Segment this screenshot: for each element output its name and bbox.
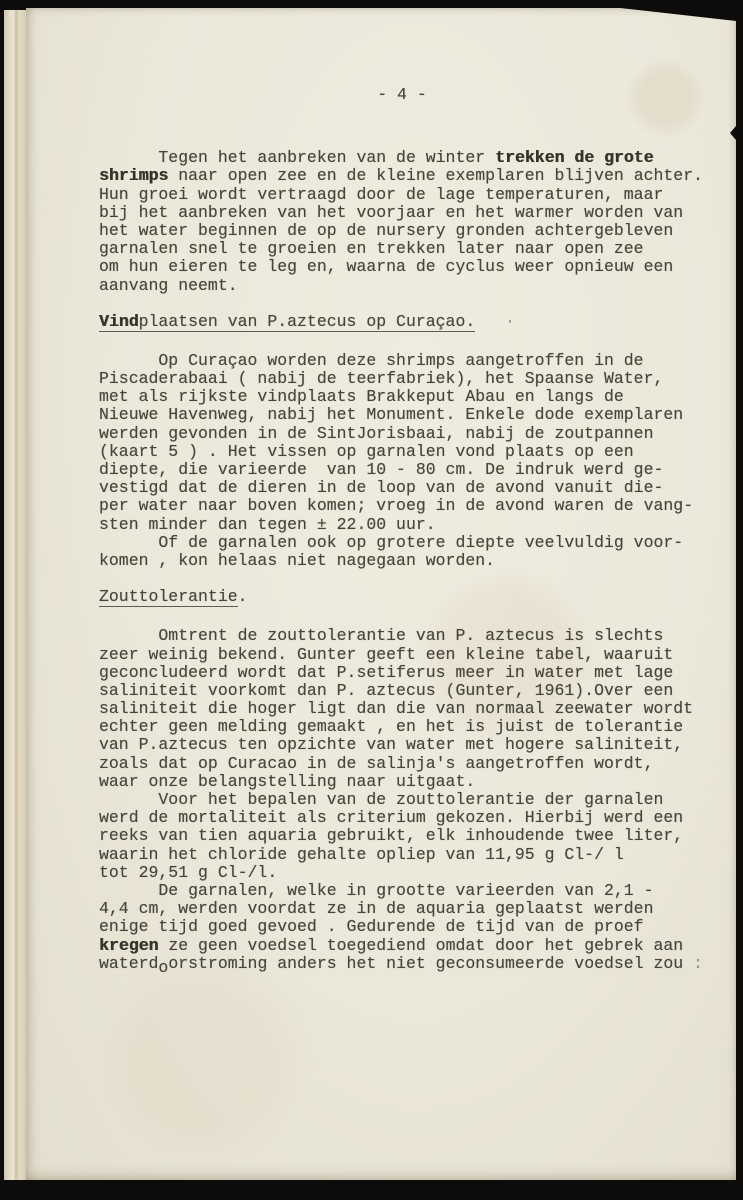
text-segment: van P.aztecus ten opzichte van water met… [99, 735, 683, 754]
text-segment: trekken de grote [495, 148, 653, 167]
text-segment: aanvang neemt. [99, 276, 238, 295]
text-segment: zeer weinig bekend. Gunter geeft een kle… [99, 645, 673, 664]
text-segment: kregen [99, 936, 158, 955]
text-segment: om hun eieren te leg en, waarna de cyclu… [99, 257, 673, 276]
paper-edge-notch [730, 126, 736, 140]
text-line: waterdoorstroming anders het niet gecons… [99, 955, 705, 973]
text-line: kregen ze geen voedsel toegediend omdat … [99, 937, 705, 955]
document-text: - 4 - Tegen het aanbreken van de winter … [99, 86, 705, 973]
text-line: Vindplaatsen van P.aztecus op Curaçao. · [99, 313, 705, 331]
text-segment: garnalen snel te groeien en trekken late… [99, 239, 644, 258]
paper-page: - 4 - Tegen het aanbreken van de winter … [26, 8, 736, 1180]
text-segment: met als rijkste vindplaats Brakkeput Aba… [99, 387, 624, 406]
text-line: tot 29,51 g Cl-/l. [99, 864, 705, 882]
text-line: werden gevonden in de SintJorisbaai, nab… [99, 425, 705, 443]
text-segment: . [238, 587, 248, 606]
text-segment: De garnalen, welke in grootte varieerden… [99, 881, 654, 900]
text-line: diepte, die varieerde van 10 - 80 cm. De… [99, 461, 705, 479]
text-line: geconcludeerd wordt dat P.setiferus meer… [99, 664, 705, 682]
text-line: echter geen melding gemaakt , en het is … [99, 718, 705, 736]
text-segment: naar open zee en de kleine exemplaren bl… [168, 166, 703, 185]
text-line: Nieuwe Havenweg, nabij het Monument. Enk… [99, 406, 705, 424]
text-segment: zoals dat op Curacao in de salinja's aan… [99, 754, 654, 773]
page-number: - 4 - [99, 86, 705, 104]
text-line: 4,4 cm, werden voordat ze in de aquaria … [99, 900, 705, 918]
text-line: zeer weinig bekend. Gunter geeft een kle… [99, 646, 705, 664]
text-segment: echter geen melding gemaakt , en het is … [99, 717, 683, 736]
text-segment: Piscaderabaai ( nabij de teerfabriek), h… [99, 369, 663, 388]
text-segment: per water naar boven komen; vroeg in de … [99, 496, 693, 515]
text-segment: Vind [99, 312, 139, 332]
text-line: garnalen snel te groeien en trekken late… [99, 240, 705, 258]
text-segment: komen , kon helaas niet nagegaan worden. [99, 551, 495, 570]
text-segment: o [158, 958, 168, 977]
text-segment: bij het aanbreken van het voorjaar en he… [99, 203, 683, 222]
text-segment: Hun groei wordt vertraagd door de lage t… [99, 185, 663, 204]
text-segment: · [475, 312, 515, 331]
text-line: saliniteit voorkomt dan P. aztecus (Gunt… [99, 682, 705, 700]
text-segment: Of de garnalen ook op grotere diepte vee… [99, 533, 683, 552]
text-line: om hun eieren te leg en, waarna de cyclu… [99, 258, 705, 276]
text-segment: 4,4 cm, werden voordat ze in de aquaria … [99, 899, 654, 918]
section-heading: Zouttolerantie. [99, 588, 705, 606]
text-line: reeks van tien aquaria gebruikt, elk inh… [99, 827, 705, 845]
text-segment: saliniteit voorkomt dan P. aztecus (Gunt… [99, 681, 673, 700]
text-segment: - 4 - [377, 85, 427, 104]
text-line: Omtrent de zouttolerantie van P. aztecus… [99, 627, 705, 645]
text-segment: Op Curaçao worden deze shrimps aangetrof… [99, 351, 644, 370]
book-page-edges [4, 10, 26, 1180]
text-segment: vestigd dat de dieren in de loop van de … [99, 478, 663, 497]
text-line: per water naar boven komen; vroeg in de … [99, 497, 705, 515]
text-line: Zouttolerantie. [99, 588, 705, 606]
text-segment: diepte, die varieerde van 10 - 80 cm. De… [99, 460, 663, 479]
section-heading: Vindplaatsen van P.aztecus op Curaçao. · [99, 313, 705, 331]
text-segment: waarin het chloride gehalte opliep van 1… [99, 845, 624, 864]
text-line: vestigd dat de dieren in de loop van de … [99, 479, 705, 497]
text-line: shrimps naar open zee en de kleine exemp… [99, 167, 705, 185]
text-line: enige tijd goed gevoed . Gedurende de ti… [99, 918, 705, 936]
text-segment: tot 29,51 g Cl-/l. [99, 863, 277, 882]
text-line: waar onze belangstelling naar uitgaat. [99, 773, 705, 791]
text-line: Op Curaçao worden deze shrimps aangetrof… [99, 352, 705, 370]
text-segment: Voor het bepalen van de zouttolerantie d… [99, 790, 663, 809]
text-segment: sten minder dan tegen ± 22.00 uur. [99, 515, 436, 534]
text-line: De garnalen, welke in grootte varieerden… [99, 882, 705, 900]
text-line: van P.aztecus ten opzichte van water met… [99, 736, 705, 754]
text-line: - 4 - [99, 86, 705, 104]
text-line: waarin het chloride gehalte opliep van 1… [99, 846, 705, 864]
text-line: zoals dat op Curacao in de salinja's aan… [99, 755, 705, 773]
text-segment: plaatsen van P.aztecus op Curaçao. [139, 312, 476, 332]
scanned-book-page: - 4 - Tegen het aanbreken van de winter … [0, 0, 743, 1200]
text-segment: Nieuwe Havenweg, nabij het Monument. Enk… [99, 405, 683, 424]
text-segment: saliniteit die hoger ligt dan die van no… [99, 699, 693, 718]
text-line: het water beginnen de op de nursery gron… [99, 222, 705, 240]
text-line: Hun groei wordt vertraagd door de lage t… [99, 186, 705, 204]
text-line: sten minder dan tegen ± 22.00 uur. [99, 516, 705, 534]
text-line: werd de mortaliteit als criterium gekoze… [99, 809, 705, 827]
text-line: saliniteit die hoger ligt dan die van no… [99, 700, 705, 718]
text-segment: : [683, 954, 703, 973]
text-segment: waterd [99, 954, 158, 973]
paragraph: Op Curaçao worden deze shrimps aangetrof… [99, 352, 705, 570]
text-segment: waar onze belangstelling naar uitgaat. [99, 772, 475, 791]
text-segment: Zouttolerantie [99, 587, 238, 607]
paragraph: Omtrent de zouttolerantie van P. aztecus… [99, 627, 705, 973]
text-line: Tegen het aanbreken van de winter trekke… [99, 149, 705, 167]
text-segment: orstroming anders het niet geconsumeerde… [168, 954, 683, 973]
text-segment: Tegen het aanbreken van de winter [99, 148, 495, 167]
text-line: Voor het bepalen van de zouttolerantie d… [99, 791, 705, 809]
text-segment: ze geen voedsel toegediend omdat door he… [158, 936, 683, 955]
text-line: bij het aanbreken van het voorjaar en he… [99, 204, 705, 222]
text-segment: werden gevonden in de SintJorisbaai, nab… [99, 424, 654, 443]
text-segment: geconcludeerd wordt dat P.setiferus meer… [99, 663, 673, 682]
text-line: aanvang neemt. [99, 277, 705, 295]
text-line: Of de garnalen ook op grotere diepte vee… [99, 534, 705, 552]
text-segment: reeks van tien aquaria gebruikt, elk inh… [99, 826, 683, 845]
text-segment: het water beginnen de op de nursery gron… [99, 221, 673, 240]
text-segment: werd de mortaliteit als criterium gekoze… [99, 808, 683, 827]
text-line: komen , kon helaas niet nagegaan worden. [99, 552, 705, 570]
text-line: Piscaderabaai ( nabij de teerfabriek), h… [99, 370, 705, 388]
text-line: (kaart 5 ) . Het vissen op garnalen vond… [99, 443, 705, 461]
text-segment: (kaart 5 ) . Het vissen op garnalen vond… [99, 442, 634, 461]
text-segment: shrimps [99, 166, 168, 185]
text-segment: Omtrent de zouttolerantie van P. aztecus… [99, 626, 663, 645]
text-segment: enige tijd goed gevoed . Gedurende de ti… [99, 917, 644, 936]
paragraph: Tegen het aanbreken van de winter trekke… [99, 149, 705, 295]
text-line: met als rijkste vindplaats Brakkeput Aba… [99, 388, 705, 406]
